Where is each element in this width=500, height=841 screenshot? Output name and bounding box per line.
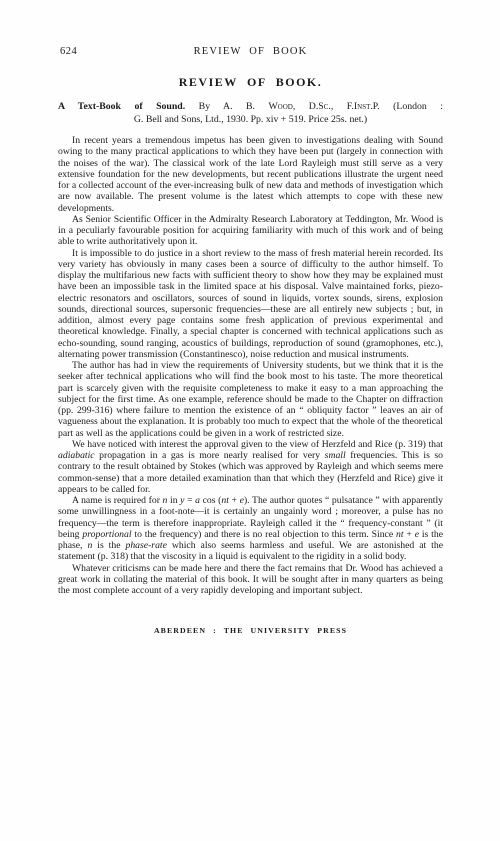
text-run: adiabatic	[58, 450, 95, 461]
text-run: propagation in a gas is more nearly real…	[95, 450, 325, 461]
text-run: A Text-Book of Sound.	[58, 101, 185, 112]
text-run: small	[325, 450, 346, 461]
paragraph: We have noticed with interest the approv…	[58, 439, 443, 495]
text-run: By A. B.	[185, 101, 268, 112]
text-run: +	[404, 529, 415, 540]
text-run: (London :	[380, 101, 443, 112]
text-run: nt	[221, 495, 229, 506]
paragraph: As Senior Scientific Officer in the Admi…	[58, 214, 443, 248]
text-run: The author has had in view the requireme…	[58, 360, 443, 439]
text-run: =	[184, 495, 195, 506]
journal-page: 624 REVIEW OF BOOK REVIEW OF BOOK. A Tex…	[0, 0, 500, 841]
text-run: ,	[293, 101, 309, 112]
imprint-footer: ABERDEEN : THE UNIVERSITY PRESS	[58, 626, 443, 635]
review-body: In recent years a tremendous impetus has…	[58, 135, 443, 596]
text-run: phase-rate	[125, 540, 166, 551]
text-run: to the frequency) and there is no real o…	[132, 529, 396, 540]
text-run: A name is required for	[72, 495, 163, 506]
text-run: is the	[92, 540, 125, 551]
running-head: REVIEW OF BOOK	[194, 46, 308, 57]
text-run: It is impossible to do justice in a shor…	[58, 248, 443, 360]
paragraph: It is impossible to do justice in a shor…	[58, 248, 443, 361]
text-run: Whatever criticisms can be made here and…	[58, 563, 443, 597]
text-run: nt	[396, 529, 404, 540]
text-run: As Senior Scientific Officer in the Admi…	[58, 214, 443, 248]
text-run: We have noticed with interest the approv…	[72, 439, 443, 450]
text-run: in	[167, 495, 180, 506]
page-header: 624 REVIEW OF BOOK	[58, 45, 443, 58]
text-run: +	[229, 495, 240, 506]
paragraph: Whatever criticisms can be made here and…	[58, 563, 443, 597]
page-number: 624	[60, 45, 77, 58]
book-citation: A Text-Book of Sound. By A. B. Wood, D.S…	[58, 101, 443, 126]
citation-line1: A Text-Book of Sound. By A. B. Wood, D.S…	[58, 101, 443, 114]
paragraph: A name is required for n in y = a cos (n…	[58, 495, 443, 563]
section-title: REVIEW OF BOOK.	[58, 75, 443, 89]
text-run: proportional	[82, 529, 131, 540]
citation-line2: G. Bell and Sons, Ltd., 1930. Pp. xiv + …	[58, 114, 443, 127]
paragraph: The author has had in view the requireme…	[58, 360, 443, 439]
text-run: In recent years a tremendous impetus has…	[58, 135, 443, 214]
text-run: Wood	[268, 101, 292, 112]
text-run: D.Sc., F.Inst.P.	[309, 101, 380, 112]
paragraph: In recent years a tremendous impetus has…	[58, 135, 443, 214]
text-run: cos (	[200, 495, 221, 506]
